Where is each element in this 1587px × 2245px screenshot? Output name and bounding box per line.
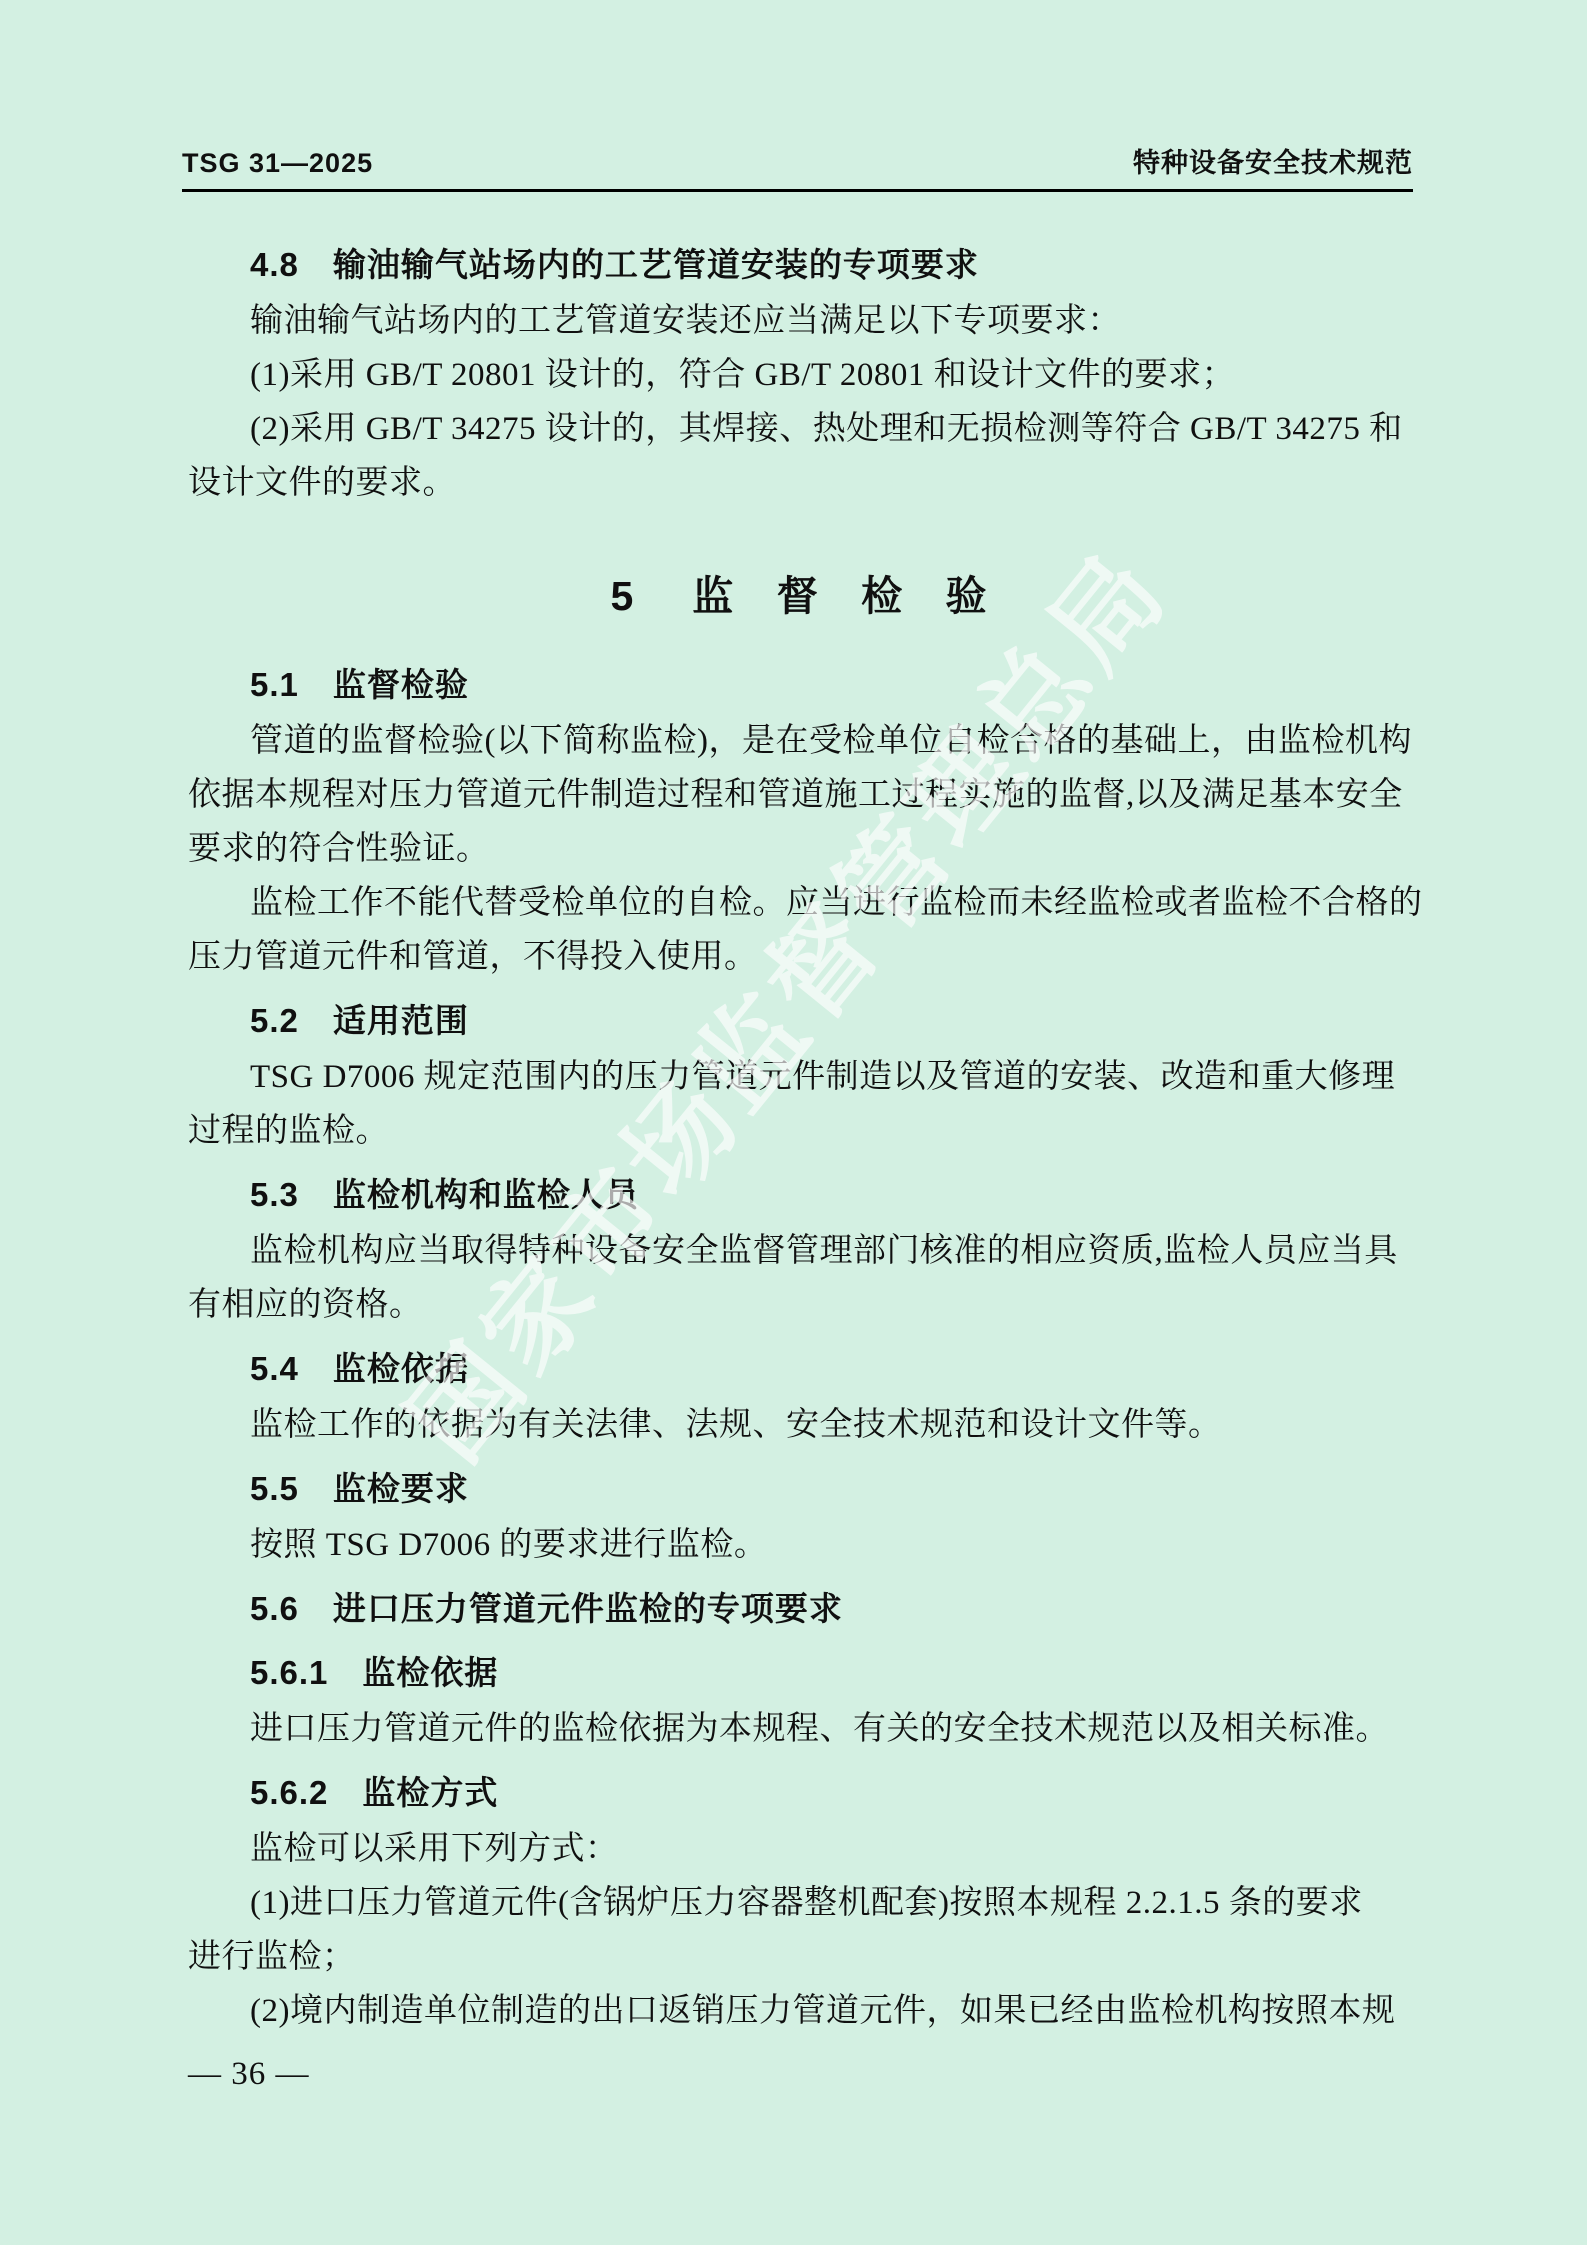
document-page: TSG 31—2025 特种设备安全技术规范 4.8 输油输气站场内的工艺管道安… [0,0,1587,2245]
body-line: 监检工作的依据为有关法律、法规、安全技术规范和设计文件等。 [188,1398,1418,1452]
chapter-title: 5 监 督 检 验 [188,566,1418,626]
section-heading: 5.4 监检依据 [188,1342,1418,1396]
body-line: 设计文件的要求。 [188,456,1418,510]
page-header: TSG 31—2025 特种设备安全技术规范 [182,148,1413,178]
section-heading: 5.3 监检机构和监检人员 [188,1168,1418,1222]
header-doc-code: TSG 31—2025 [182,148,373,178]
body-line: (2)采用 GB/T 34275 设计的，其焊接、热处理和无损检测等符合 GB/… [188,402,1418,456]
section-heading: 5.6.2 监检方式 [188,1766,1418,1820]
body-line: 过程的监检。 [188,1104,1418,1158]
body-line: 有相应的资格。 [188,1278,1418,1332]
page-number: — 36 — [188,2054,310,2094]
section-heading: 5.6.1 监检依据 [188,1646,1418,1700]
body-line: 输油输气站场内的工艺管道安装还应当满足以下专项要求： [188,294,1418,348]
body-line: 监检工作不能代替受检单位的自检。应当进行监检而未经监检或者监检不合格的 [188,876,1418,930]
section-heading: 5.5 监检要求 [188,1462,1418,1516]
body-line: 监检机构应当取得特种设备安全监督管理部门核准的相应资质,监检人员应当具 [188,1224,1418,1278]
body-line: 进行监检； [188,1930,1418,1984]
body-line: 要求的符合性验证。 [188,822,1418,876]
body-line: 进口压力管道元件的监检依据为本规程、有关的安全技术规范以及相关标准。 [188,1702,1418,1756]
body-line: 管道的监督检验(以下简称监检)，是在受检单位自检合格的基础上，由监检机构 [188,714,1418,768]
body-line: 压力管道元件和管道，不得投入使用。 [188,930,1418,984]
header-doc-title: 特种设备安全技术规范 [1133,148,1413,178]
section-heading: 5.6 进口压力管道元件监检的专项要求 [188,1582,1418,1636]
body-line: (1)进口压力管道元件(含锅炉压力容器整机配套)按照本规程 2.2.1.5 条的… [188,1876,1418,1930]
body-line: 监检可以采用下列方式： [188,1822,1418,1876]
header-rule [182,189,1413,192]
body-line: 按照 TSG D7006 的要求进行监检。 [188,1518,1418,1572]
document-body: 4.8 输油输气站场内的工艺管道安装的专项要求输油输气站场内的工艺管道安装还应当… [188,228,1418,2038]
section-heading: 5.1 监督检验 [188,658,1418,712]
section-heading: 5.2 适用范围 [188,994,1418,1048]
body-line: (2)境内制造单位制造的出口返销压力管道元件，如果已经由监检机构按照本规 [188,1984,1418,2038]
section-heading: 4.8 输油输气站场内的工艺管道安装的专项要求 [188,238,1418,292]
body-line: 依据本规程对压力管道元件制造过程和管道施工过程实施的监督,以及满足基本安全 [188,768,1418,822]
body-line: TSG D7006 规定范围内的压力管道元件制造以及管道的安装、改造和重大修理 [188,1050,1418,1104]
body-line: (1)采用 GB/T 20801 设计的，符合 GB/T 20801 和设计文件… [188,348,1418,402]
